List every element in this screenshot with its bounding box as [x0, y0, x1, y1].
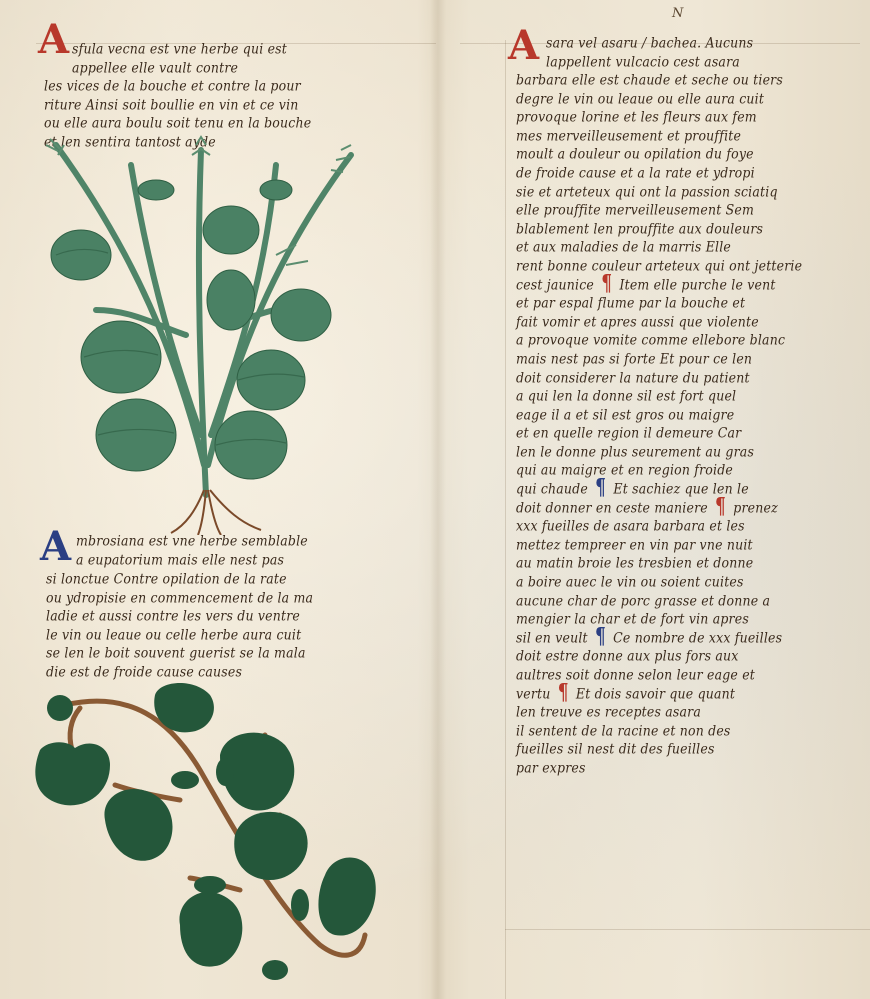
text-line: doit estre donne aux plus fors aux: [516, 646, 802, 666]
text-line: se len le boit souvent guerist se la mal…: [46, 643, 313, 663]
text-line: au matin broie les tresbien et donne: [516, 554, 802, 574]
text-line: mais nest pas si forte Et pour ce len: [516, 349, 802, 369]
text-line: moult a douleur ou opilation du foye: [516, 144, 802, 164]
text-line: ladie et aussi contre les vers du ventre: [46, 606, 313, 626]
right-entry-1-text-cont: barbara elle est chaude et seche ou tier…: [516, 71, 802, 778]
text-fragment: prenez: [733, 499, 778, 515]
text-line: mengier la char et de fort vin apres: [516, 609, 802, 629]
text-line: riture Ainsi soit boullie en vin et ce v…: [44, 95, 311, 115]
text-line-with-pilcrow: cest jaunice ¶ Item elle purche le vent: [516, 275, 802, 295]
text-line: et aux maladies de la marris Elle: [516, 237, 802, 257]
text-fragment: doit donner en ceste maniere: [516, 499, 708, 515]
manuscript-spread: A sfula vecna est vne herbe qui est appe…: [0, 0, 870, 999]
text-line: rent bonne couleur arteteux qui ont jett…: [516, 256, 802, 276]
ruling-line-bottom-right: [505, 929, 870, 930]
text-line: barbara elle est chaude et seche ou tier…: [516, 70, 802, 90]
text-line: fueilles sil nest dit des fueilles: [516, 739, 802, 759]
text-line: par expres: [516, 758, 802, 778]
text-line: lappellent vulcacio cest asara: [546, 52, 753, 72]
text-fragment: Ce nombre de xxx fueilles: [613, 629, 782, 646]
pilcrow-red-icon: ¶: [601, 274, 612, 292]
text-line: doit considerer la nature du patient: [516, 368, 802, 388]
text-fragment: cest jaunice: [516, 276, 594, 293]
text-line: sie et arteteux qui ont la passion sciat…: [516, 182, 802, 202]
text-line: sfula vecna est vne herbe qui est: [72, 39, 287, 59]
folio-mark: N: [672, 6, 683, 21]
text-line: xxx fueilles de asara barbara et les: [516, 516, 802, 536]
text-line: a qui len la donne sil est fort quel: [516, 386, 802, 406]
text-line: len treuve es receptes asara: [516, 702, 802, 722]
text-line-with-pilcrow: vertu ¶ Et dois savoir que quant: [516, 684, 802, 704]
text-line-with-pilcrow: qui chaude ¶ Et sachiez que len le: [516, 479, 802, 499]
text-line: a eupatorium mais elle nest pas: [76, 550, 308, 570]
text-line: si lonctue Contre opilation de la rate: [46, 569, 313, 589]
text-line: et en quelle region il demeure Car: [516, 423, 802, 443]
text-line: elle prouffite merveilleusement Sem: [516, 200, 802, 220]
pilcrow-red-icon: ¶: [715, 497, 726, 515]
plant-illustration-upright-herb: [36, 135, 376, 535]
text-line: de froide cause et a la rate et ydropi: [516, 163, 802, 183]
pilcrow-blue-icon: ¶: [595, 627, 606, 645]
text-line: a boire auec le vin ou soient cuites: [516, 572, 802, 592]
text-fragment: Item elle purche le vent: [619, 276, 775, 293]
left-entry-2-text: mbrosiana est vne herbe semblable a eupa…: [76, 532, 308, 569]
text-fragment: Et dois savoir que quant: [576, 685, 735, 702]
text-line: qui au maigre et en region froide: [516, 461, 802, 481]
text-line: ou elle aura boulu soit tenu en la bouch…: [44, 113, 311, 133]
text-fragment: qui chaude: [516, 480, 588, 497]
text-fragment: Et sachiez que len le: [613, 480, 748, 497]
text-line: a provoque vomite comme ellebore blanc: [516, 330, 802, 350]
text-line: appellee elle vault contre: [72, 58, 287, 78]
left-entry-1-text: sfula vecna est vne herbe qui est appell…: [72, 40, 287, 77]
pilcrow-blue-icon: ¶: [595, 479, 606, 497]
decorated-initial-a-red: A: [38, 20, 69, 60]
text-line: et par espal flume par la bouche et: [516, 293, 802, 313]
plant-illustration-creeping-herb: [20, 680, 380, 990]
text-line: degre le vin ou leaue ou elle aura cuit: [516, 89, 802, 109]
decorated-initial-a-blue: A: [40, 527, 71, 567]
ruling-line-margin-right: [505, 40, 506, 999]
text-line: les vices de la bouche et contre la pour: [44, 76, 311, 96]
pilcrow-red-icon: ¶: [558, 683, 569, 701]
text-line: sara vel asaru / bachea. Aucuns: [546, 33, 753, 53]
right-entry-1-text: sara vel asaru / bachea. Aucuns lappelle…: [546, 34, 753, 71]
text-fragment: vertu: [516, 685, 551, 702]
text-line: mbrosiana est vne herbe semblable: [76, 531, 308, 551]
text-line: provoque lorine et les fleurs aux fem: [516, 107, 802, 127]
book-gutter: [430, 0, 446, 999]
left-entry-2-text-cont: si lonctue Contre opilation de la rate o…: [46, 570, 313, 682]
text-fragment: sil en veult: [516, 629, 588, 646]
decorated-initial-a-red-right: A: [508, 26, 539, 66]
text-line: ou ydropisie en commencement de la ma: [46, 588, 313, 608]
